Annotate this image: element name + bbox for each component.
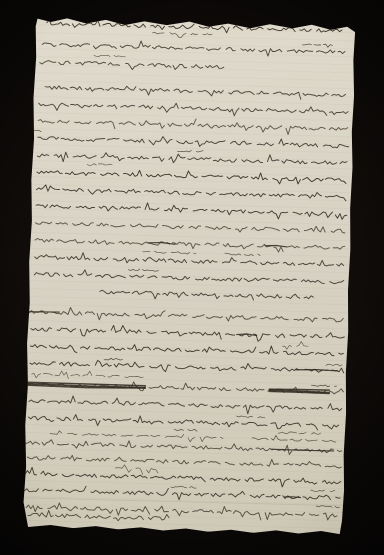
handwriting-line: [302, 44, 332, 48]
handwriting-line: [28, 413, 338, 432]
handwriting-line: [100, 289, 314, 303]
handwriting-line: [174, 429, 197, 431]
manuscript-page: [22, 16, 357, 536]
handwriting-line: [87, 164, 112, 166]
handwriting-line: [94, 55, 125, 57]
handwriting-line: [37, 167, 346, 186]
handwriting-line: [128, 269, 158, 271]
handwriting-line: [35, 238, 345, 254]
handwriting-line: [50, 431, 223, 443]
handwriting-line: [326, 364, 342, 366]
handwriting-layer: [22, 16, 357, 536]
handwriting-line: [38, 133, 349, 151]
handwriting-line: [278, 432, 321, 435]
handwriting-line: [282, 341, 308, 350]
strikethrough-mark: [29, 311, 59, 312]
handwriting-line: [115, 465, 158, 475]
handwriting-line: [29, 395, 342, 416]
handwriting-line: [31, 323, 345, 343]
handwriting-line: [36, 185, 346, 201]
handwriting-line: [225, 253, 260, 256]
handwriting-line: [252, 435, 336, 442]
handwriting-line: [34, 269, 343, 284]
handwriting-line: [27, 453, 341, 468]
handwriting-line: [42, 38, 345, 58]
handwriting-line: [152, 32, 212, 38]
handwriting-line: [39, 100, 349, 119]
handwriting-line: [38, 115, 348, 136]
handwriting-line: [32, 370, 144, 381]
handwriting-line: [35, 251, 344, 268]
handwriting-line: [40, 60, 224, 72]
handwriting-line: [104, 358, 122, 360]
handwriting-line: [143, 251, 196, 254]
handwriting-line: [30, 358, 344, 377]
handwriting-line: [311, 490, 335, 492]
handwriting-line: [177, 150, 203, 152]
handwriting-line: [30, 340, 343, 360]
handwriting-line: [311, 385, 336, 387]
handwriting-line: [25, 467, 341, 488]
handwriting-line: [35, 219, 344, 235]
handwriting-line: [24, 485, 340, 504]
handwriting-line: [29, 306, 343, 326]
handwriting-line: [45, 84, 346, 100]
handwriting-line: [237, 416, 265, 418]
handwriting-line: [171, 486, 197, 488]
handwriting-line: [37, 149, 347, 169]
handwriting-line: [36, 200, 347, 221]
